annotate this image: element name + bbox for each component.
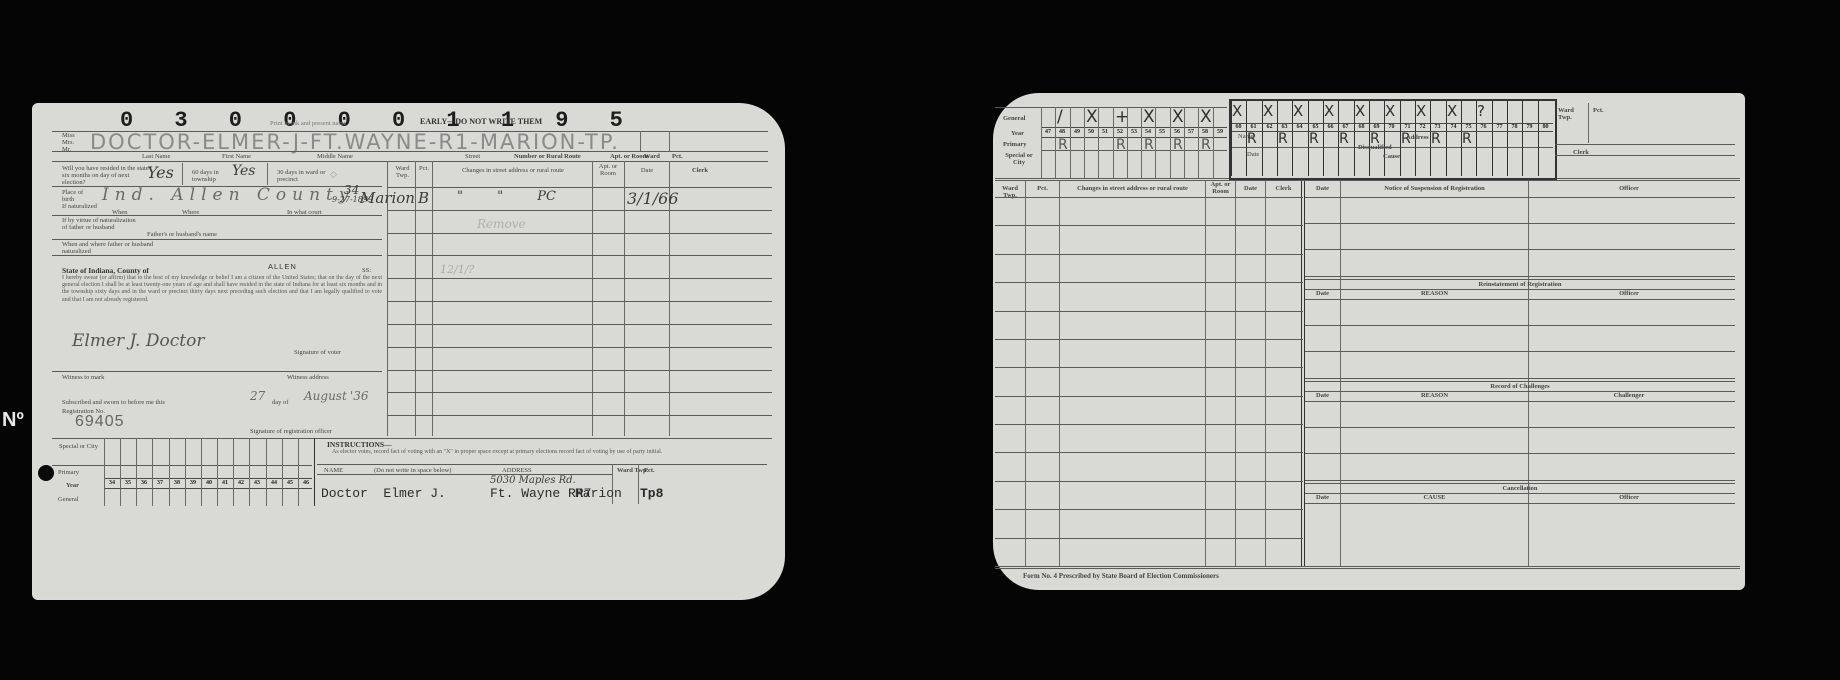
naturalized-when: When	[112, 209, 128, 216]
general-vote-mark: X	[1172, 107, 1184, 127]
back-changes-header-apt: Apt. or Room	[1206, 181, 1235, 195]
cancellation-header-date: Date	[1305, 494, 1340, 501]
front-changes-header-apt: Apt. or Room	[593, 163, 623, 177]
year-cell: 73	[1430, 124, 1445, 130]
back-change-row-line	[995, 282, 1303, 283]
instructions-note-col: (Do not write in space below)	[374, 467, 451, 474]
challenges-header-reason: REASON	[1341, 392, 1528, 399]
instructions-title: INSTRUCTIONS—	[327, 441, 392, 449]
naturalized-court: In what court	[287, 209, 322, 216]
front-change-row-line	[387, 324, 772, 325]
back-change-row-line	[995, 254, 1303, 255]
cancellation-title: Cancellation	[1305, 485, 1735, 492]
footer-ward: Marion	[575, 486, 622, 501]
front-change-row-line	[387, 233, 772, 234]
virtue-label: If by virtue of naturalization of father…	[62, 217, 137, 231]
year-cell: 58	[1198, 129, 1212, 135]
year-cell: 35	[120, 480, 136, 486]
general-vote-mark: /	[1057, 107, 1063, 127]
subscribed-day: 27	[250, 389, 265, 403]
voter-signature: Elmer J. Doctor	[72, 331, 204, 351]
year-cell: 50	[1084, 129, 1098, 135]
year-cell: 60	[1231, 124, 1246, 130]
back-change-row-line	[995, 367, 1303, 368]
primary-vote-mark: R	[1116, 137, 1126, 153]
front-change-row-line	[387, 278, 772, 279]
year-cell: 55	[1155, 129, 1169, 135]
diamond-mark-icon: ◇	[330, 169, 337, 180]
label-middle-name: Middle Name	[317, 153, 353, 160]
naturalized-where: Where	[182, 209, 199, 216]
voter-registration-card-front: 0 3 0 0 0 0 1 1 9 5 Print in ink and pre…	[32, 103, 785, 600]
footer-pct: Tp8	[640, 486, 663, 501]
header-instruction: EARLY—DO NOT WRITE THEM	[420, 118, 542, 126]
front-change-row-line	[387, 255, 772, 256]
front-changes-header-clerk: Clerk	[670, 167, 730, 174]
back-change-row-line	[995, 396, 1303, 397]
year-cell: 54	[1141, 129, 1155, 135]
back-right-label-address: Address	[1406, 134, 1429, 141]
general-vote-mark: X	[1385, 102, 1395, 120]
year-cell: 56	[1170, 129, 1184, 135]
back-change-row-line	[995, 452, 1303, 453]
oath-text: I hereby swear (or affirm) that to the b…	[62, 275, 382, 304]
back-grid-label-general: General	[1003, 115, 1025, 122]
year-cell: 38	[169, 480, 185, 486]
year-cell: 46	[298, 480, 314, 486]
label-last-name: Last Name	[142, 153, 170, 160]
challenges-header-date: Date	[1305, 392, 1340, 399]
reinstatement-title: Reinstatement of Registration	[1305, 281, 1735, 288]
general-vote-mark: X	[1086, 107, 1098, 127]
front-change-row-line	[387, 347, 772, 348]
back-change-row-line	[995, 339, 1303, 340]
front-change-row2-change: Remove	[477, 217, 526, 231]
witness-label: Witness to mark	[62, 374, 104, 381]
year-cell: 37	[152, 480, 168, 486]
front-changes-header-ward: Ward Twp.	[390, 165, 415, 179]
back-change-row-line	[995, 481, 1303, 482]
general-vote-mark: X	[1416, 102, 1426, 120]
year-cell: 42	[233, 480, 249, 486]
cancellation-header-cause: CAUSE	[1341, 494, 1528, 501]
year-cell: 70	[1384, 124, 1399, 130]
form-footer: Form No. 4 Prescribed by State Board of …	[1023, 573, 1219, 580]
primary-vote-mark: R	[1278, 131, 1288, 147]
year-cell: 79	[1522, 124, 1537, 130]
year-cell: 69	[1369, 124, 1384, 130]
residency-q1-label: Will you have resided in the state six m…	[62, 165, 152, 186]
front-changes-header-pct: Pct.	[416, 165, 432, 172]
oath-ss: SS:	[362, 267, 371, 274]
label-number-rural-route: Number or Rural Route	[514, 153, 581, 160]
front-change-row1-date: 3/1/66	[627, 189, 679, 208]
year-cell: 51	[1098, 129, 1112, 135]
challenges-header-challenger: Challenger	[1529, 392, 1729, 399]
footer-address-handwritten: 5030 Maples Rd.	[490, 475, 576, 486]
witness-address-label: Witness address	[287, 374, 329, 381]
year-cell: 61	[1246, 124, 1261, 130]
primary-vote-mark: R	[1201, 137, 1211, 153]
general-vote-mark: X	[1324, 102, 1334, 120]
front-change-row4-change: 12/1/?	[440, 263, 474, 276]
grid-label-primary: Primary	[58, 469, 79, 476]
year-cell: 66	[1323, 124, 1338, 130]
front-change-row-line	[387, 301, 772, 302]
year-cell: 80	[1538, 124, 1553, 130]
back-right-label-disqualified: Disqualified	[1358, 144, 1392, 151]
subscribed-day-of: day of	[272, 399, 288, 406]
footer-name: Doctor Elmer J.	[321, 486, 446, 501]
reinstatement-header-reason: REASON	[1341, 290, 1528, 297]
year-cell: 67	[1338, 124, 1353, 130]
general-vote-mark: ?	[1477, 102, 1485, 120]
challenges-title: Record of Challenges	[1305, 383, 1735, 390]
place-of-birth-value: Ind. Allen County	[102, 185, 355, 205]
back-change-row-line	[995, 509, 1303, 510]
year-cell: 65	[1308, 124, 1323, 130]
instructions-text: As elector votes, record fact of voting …	[332, 449, 737, 456]
number-prefix: Nº	[2, 409, 24, 432]
front-changes-header-change: Changes in street address or rural route	[434, 167, 592, 174]
front-change-row-line	[387, 392, 772, 393]
honorific-mrs: Mrs.	[62, 139, 75, 146]
voter-registration-card-back: General Year Primary Special or City 474…	[993, 93, 1745, 590]
front-change-row1-change: " " PC	[457, 189, 556, 204]
front-change-row-line	[387, 210, 772, 211]
punch-hole	[38, 465, 54, 481]
general-vote-mark: X	[1143, 107, 1155, 127]
oath-state-label: State of Indiana, County of	[62, 267, 149, 275]
naturalized-label: If naturalized	[62, 203, 102, 210]
front-change-row1-pct: B	[418, 189, 429, 207]
year-cell: 47	[1041, 129, 1055, 135]
year-cell: 71	[1400, 124, 1415, 130]
year-cell: 49	[1070, 129, 1084, 135]
label-first-name: First Name	[222, 153, 251, 160]
residency-q3-label: 30 days in ward or precinct	[277, 169, 337, 183]
primary-vote-mark: R	[1058, 137, 1068, 153]
registration-officer-label: Signature of registration officer	[250, 428, 332, 435]
year-cell: 59	[1213, 129, 1227, 135]
label-street: Street	[465, 153, 480, 160]
back-change-row-line	[995, 225, 1303, 226]
cancellation-header-officer: Officer	[1529, 494, 1729, 501]
year-cell: 41	[217, 480, 233, 486]
reinstatement-header-officer: Officer	[1529, 290, 1729, 297]
general-vote-mark: X	[1293, 102, 1303, 120]
year-cell: 40	[201, 480, 217, 486]
back-grid-label-primary: Primary	[1003, 141, 1026, 148]
general-vote-mark: X	[1447, 102, 1457, 120]
year-cell: 78	[1507, 124, 1522, 130]
year-cell: 53	[1127, 129, 1141, 135]
year-cell: 64	[1292, 124, 1307, 130]
suspension-header-date: Date	[1305, 185, 1340, 192]
general-vote-mark: X	[1232, 102, 1242, 120]
suspension-header-officer: Officer	[1529, 185, 1729, 192]
voter-signature-label: Signature of voter	[294, 349, 341, 356]
back-changes-header-clerk: Clerk	[1266, 185, 1301, 192]
label-ward: Ward	[644, 153, 660, 160]
general-vote-mark: X	[1200, 107, 1212, 127]
suspension-header-notice: Notice of Suspension of Registration	[1341, 185, 1528, 192]
year-cell: 43	[249, 480, 265, 486]
year-cell: 44	[266, 480, 282, 486]
general-vote-mark: X	[1263, 102, 1273, 120]
grid-label-general: General	[58, 496, 79, 503]
year-cell: 76	[1476, 124, 1491, 130]
front-change-row-line	[387, 415, 772, 416]
primary-vote-mark: R	[1309, 131, 1319, 147]
general-vote-mark: X	[1355, 102, 1365, 120]
header-instruction-prefix: Print in ink and present name	[270, 120, 346, 127]
instructions-name-col: NAME	[324, 467, 343, 474]
year-cell: 34	[104, 480, 120, 486]
year-cell: 39	[185, 480, 201, 486]
front-change-row1-ward: Marion	[360, 189, 415, 207]
honorifics: Miss Mrs. Mr.	[62, 132, 75, 153]
front-change-row-line	[387, 370, 772, 371]
primary-vote-mark: R	[1339, 131, 1349, 147]
primary-vote-mark: R	[1144, 137, 1154, 153]
instructions-pct-col: Pct.	[644, 467, 655, 474]
back-change-row-line	[995, 424, 1303, 425]
back-changes-header-date: Date	[1236, 185, 1265, 192]
back-changes-header-pct: Pct.	[1026, 185, 1059, 192]
residency-q2-value: Yes	[232, 163, 256, 179]
back-ward-label: Ward Twp.	[1558, 107, 1578, 121]
father-name-label: Father's or husband's name	[147, 231, 217, 238]
primary-vote-mark: R	[1173, 137, 1183, 153]
back-right-label-cause: Cause	[1383, 153, 1400, 160]
primary-vote-mark: R	[1462, 131, 1472, 147]
year-cell: 75	[1461, 124, 1476, 130]
subscribed-year: '36	[350, 389, 369, 403]
registration-number: 69405	[75, 413, 125, 431]
grid-label-year: Year	[66, 482, 79, 489]
year-cell: 45	[282, 480, 298, 486]
back-change-row-line	[995, 538, 1303, 539]
subscribed-label: Subscribed and sworn to before me this	[62, 399, 165, 406]
primary-vote-mark: R	[1431, 131, 1441, 147]
year-cell: 63	[1277, 124, 1292, 130]
grid-label-special: Special or City	[56, 443, 101, 450]
when-where-label: When and where father or husband natural…	[62, 241, 162, 255]
back-changes-header-change: Changes in street address or rural route	[1060, 185, 1205, 192]
back-change-row-line	[995, 311, 1303, 312]
back-pct-label: Pct.	[1593, 107, 1604, 114]
reinstatement-header-date: Date	[1305, 290, 1340, 297]
front-changes-header-date: Date	[625, 167, 669, 174]
year-cell: 36	[136, 480, 152, 486]
year-cell: 52	[1113, 129, 1127, 135]
subscribed-month: August	[304, 389, 347, 403]
year-cell: 68	[1354, 124, 1369, 130]
back-grid-label-year: Year	[1011, 130, 1024, 137]
place-of-birth-label: Place of birth	[62, 189, 92, 203]
label-pct: Pct.	[672, 153, 683, 160]
oath-county-value: ALLEN	[268, 263, 297, 271]
instructions-address-col: ADDRESS	[502, 467, 532, 474]
year-cell: 74	[1446, 124, 1461, 130]
year-cell: 48	[1055, 129, 1069, 135]
back-grid-label-special: Special or City	[1001, 152, 1037, 166]
year-cell: 57	[1184, 129, 1198, 135]
residency-q1-value: Yes	[147, 163, 174, 182]
label-apt-room: Apt. or Room	[610, 153, 648, 160]
year-cell: 77	[1492, 124, 1507, 130]
year-cell: 72	[1415, 124, 1430, 130]
honorific-miss: Miss	[62, 132, 75, 139]
back-right-label-name: Name	[1238, 133, 1254, 140]
year-cell: 62	[1262, 124, 1277, 130]
back-right-label-date: Date	[1247, 151, 1259, 158]
